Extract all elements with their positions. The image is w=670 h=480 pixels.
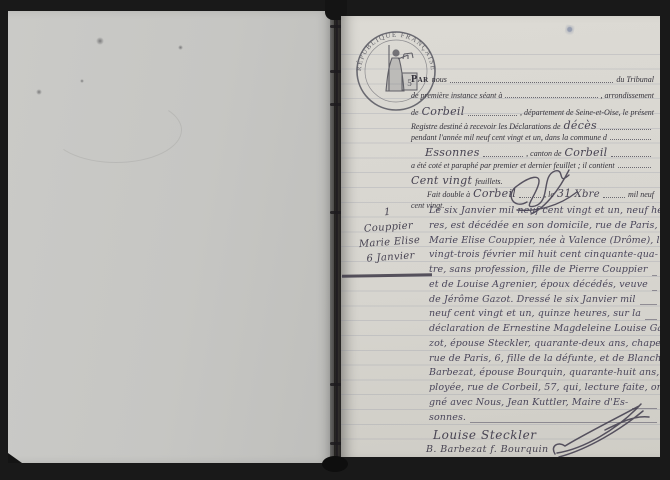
act-line: Le six Janvier mil neuf cent vingt et un… [429, 205, 657, 220]
mayor-signature-flourish [547, 400, 657, 457]
ink-mark [564, 24, 575, 36]
act-line: Barbezat, épouse Bourquin, quarante-huit… [429, 367, 657, 382]
blank-line [610, 138, 651, 140]
blank-line [483, 155, 524, 157]
signature-declarant-1: Louise Steckler [433, 428, 537, 442]
act-line: déclaration de Ernestine Magdeleine Loui… [429, 323, 657, 338]
stain [178, 45, 183, 50]
blank-line [468, 114, 517, 116]
form-line2: de première instance séant à [411, 91, 502, 100]
form-fait-double: Fait double à [427, 190, 470, 199]
act-line: ployée, rue de Corbeil, 57, qui, lecture… [429, 382, 657, 397]
act-line: de Jérôme Gazot. Dressé le six Janvier m… [429, 294, 657, 309]
register-page: RÉPUBLIQUE FRANÇAISE 5 Par nous du Tribu… [341, 16, 660, 457]
form-line4: Registre destiné à recevoir les Déclarat… [411, 122, 561, 131]
death-act-text: Le six Janvier mil neuf cent vingt et un… [429, 205, 657, 426]
act-line: zot, épouse Steckler, quarante-deux ans,… [429, 338, 657, 353]
signature-declarant-2: B. Barbezat f. Bourquin [426, 444, 549, 455]
hw-tribunal-place: Corbeil [422, 105, 465, 118]
hw-acte-type: décès [564, 119, 597, 132]
act-line: tre, sans profession, fille de Pierre Co… [429, 264, 657, 279]
form-par: Par [411, 74, 429, 85]
form-line2-end: , arrondissement [601, 91, 654, 100]
binding-thread [336, 10, 338, 466]
act-line: rue de Paris, 6, fille de la défunte, et… [429, 353, 657, 368]
hw-feuillets-count: Cent vingt [411, 174, 472, 187]
form-line3-end: , département de Seine-et-Oise, le prése… [520, 108, 654, 117]
left-blank-page [8, 11, 334, 463]
form-nous: nous [432, 75, 447, 84]
form-du-tribunal: du Tribunal [616, 75, 654, 84]
blank-line [618, 166, 651, 168]
blank-line [505, 96, 597, 98]
act-line: et de Louise Agrenier, époux décédés, ve… [429, 279, 657, 294]
form-canton-label: , canton de [526, 149, 561, 158]
blank-line [600, 128, 651, 130]
scanned-register-spread: RÉPUBLIQUE FRANÇAISE 5 Par nous du Tribu… [0, 0, 670, 480]
blank-line [611, 155, 652, 157]
hw-commune: Essonnes [425, 146, 480, 159]
page-corner-shadow [8, 453, 22, 463]
form-mil-neuf: mil neuf [628, 190, 654, 199]
act-line: neuf cent vingt et un, quinze heures, su… [429, 308, 657, 323]
act-line: res, est décédée en son domicile, rue de… [429, 220, 657, 235]
stain [36, 89, 42, 95]
form-de: de [411, 108, 419, 117]
blank-line [450, 81, 614, 83]
republique-francaise-stamp: RÉPUBLIQUE FRANÇAISE 5 [353, 28, 439, 114]
stain [96, 37, 104, 45]
margin-separator-line [342, 273, 432, 278]
blank-line [603, 196, 625, 198]
hw-canton: Corbeil [565, 146, 608, 159]
margin-note: 1 Couppier Marie Elise 6 Janvier [343, 202, 435, 268]
act-line: vingt-trois février mil huit cent cinqua… [429, 249, 657, 264]
binding-bottom-shadow [322, 456, 348, 472]
stain [80, 79, 84, 83]
faint-ring-stain [50, 97, 182, 163]
act-line: Marie Elise Couppier, née à Valence (Drô… [429, 235, 657, 250]
form-line5: pendant l'année mil neuf cent vingt et u… [411, 133, 607, 142]
